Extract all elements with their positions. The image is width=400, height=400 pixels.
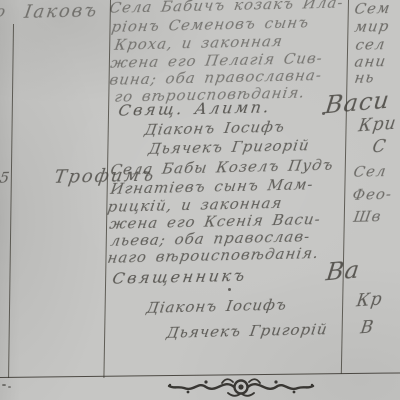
entry2-witness-fragment: Фео- [351,185,393,204]
entry1-witness-fragment: Сем [353,0,392,18]
entry1-sexton-signature: Дьячекъ Григорій [147,136,311,158]
entry1-deacon-signature: Діаконъ Іосифъ [143,118,286,139]
entry2-deacon-surname: Кр [355,289,384,311]
ink-speck [322,112,325,115]
column-rule-right [341,0,349,374]
entry1-name: Іаковъ [23,0,100,23]
entry2-witness-fragment: Сел [352,162,388,181]
entry2-parents-line: наго вѣроисповѣданія. [106,244,320,267]
entry1-witness-fragment: сел [354,35,387,54]
ink-speck [8,386,11,388]
entry2-priest-signature: Священникъ [111,266,248,288]
column-rule-left [8,24,14,378]
entry2-priest-surname: Ва [325,255,362,286]
floral-ornament [164,377,318,399]
ink-speck [2,384,6,386]
cut-number-fragment: о [0,2,8,21]
entry1-witness-fragment: нь [353,69,376,88]
entry1-sexton-surname: С [371,136,388,157]
entry1-witness-fragment: мир [353,17,390,36]
entry2-sexton-surname: В [359,317,375,338]
entry2-witness-fragment: Шв [352,207,383,226]
entry1-priest-signature: Свящ. Алимп. [117,98,272,121]
entry2-deacon-signature: Діаконъ Іосифъ [145,296,288,317]
ink-speck [228,288,231,291]
entry2-sexton-signature: Дьячекъ Григорій [165,320,329,342]
scanned-register-page: о Іаковъ Села Бабичъ козакъ Ила- ріонъ С… [0,0,400,400]
entry1-deacon-surname: Кри [357,113,398,136]
